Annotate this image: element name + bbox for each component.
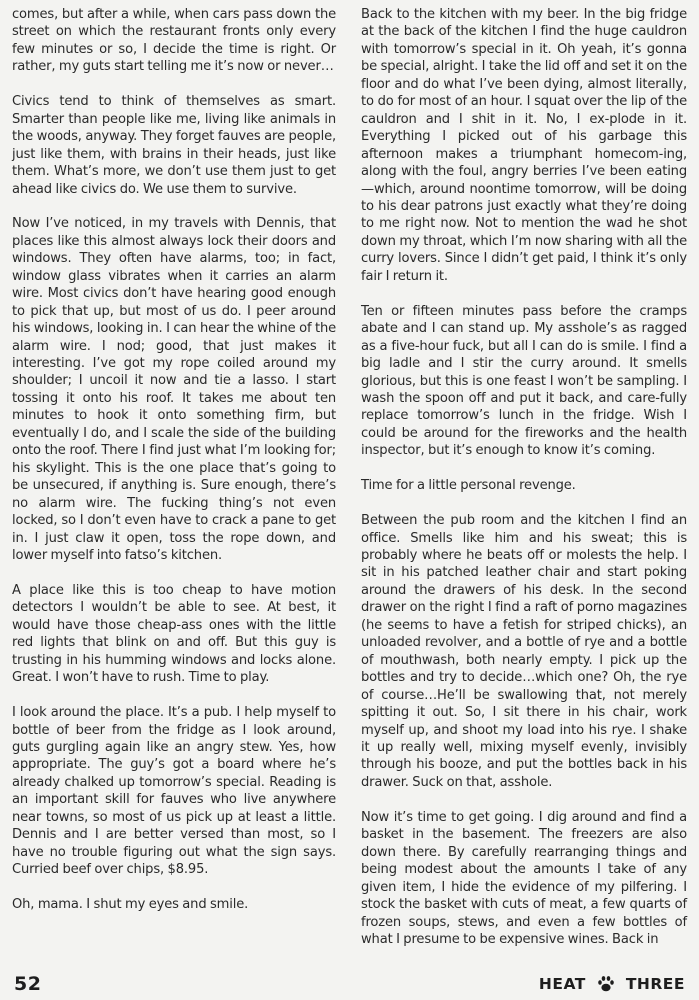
paragraph: Now it’s time to get going. I dig around… [361,809,687,949]
paragraph: Time for a little personal revenge. [361,477,687,494]
paragraph: Oh, mama. I shut my eyes and smile. [12,896,336,913]
paragraph: I look around the place. It’s a pub. I h… [12,704,336,879]
paragraph: Ten or fifteen minutes pass before the c… [361,303,687,460]
left-text-column: comes, but after a while, when cars pass… [12,6,336,931]
paragraph: Now I’ve noticed, in my travels with Den… [12,215,336,564]
running-title-right: THREE [626,975,685,993]
paragraph: Between the pub room and the kitchen I f… [361,512,687,791]
running-title: HEAT THREE [539,974,685,994]
paragraph: Back to the kitchen with my beer. In the… [361,6,687,285]
paragraph: comes, but after a while, when cars pass… [12,6,336,76]
paw-print-icon [596,974,616,994]
paragraph: A place like this is too cheap to have m… [12,582,336,687]
right-text-column: Back to the kitchen with my beer. In the… [361,6,687,966]
page-number: 52 [14,973,41,995]
paragraph: Civics tend to think of themselves as sm… [12,93,336,198]
running-title-left: HEAT [539,975,586,993]
